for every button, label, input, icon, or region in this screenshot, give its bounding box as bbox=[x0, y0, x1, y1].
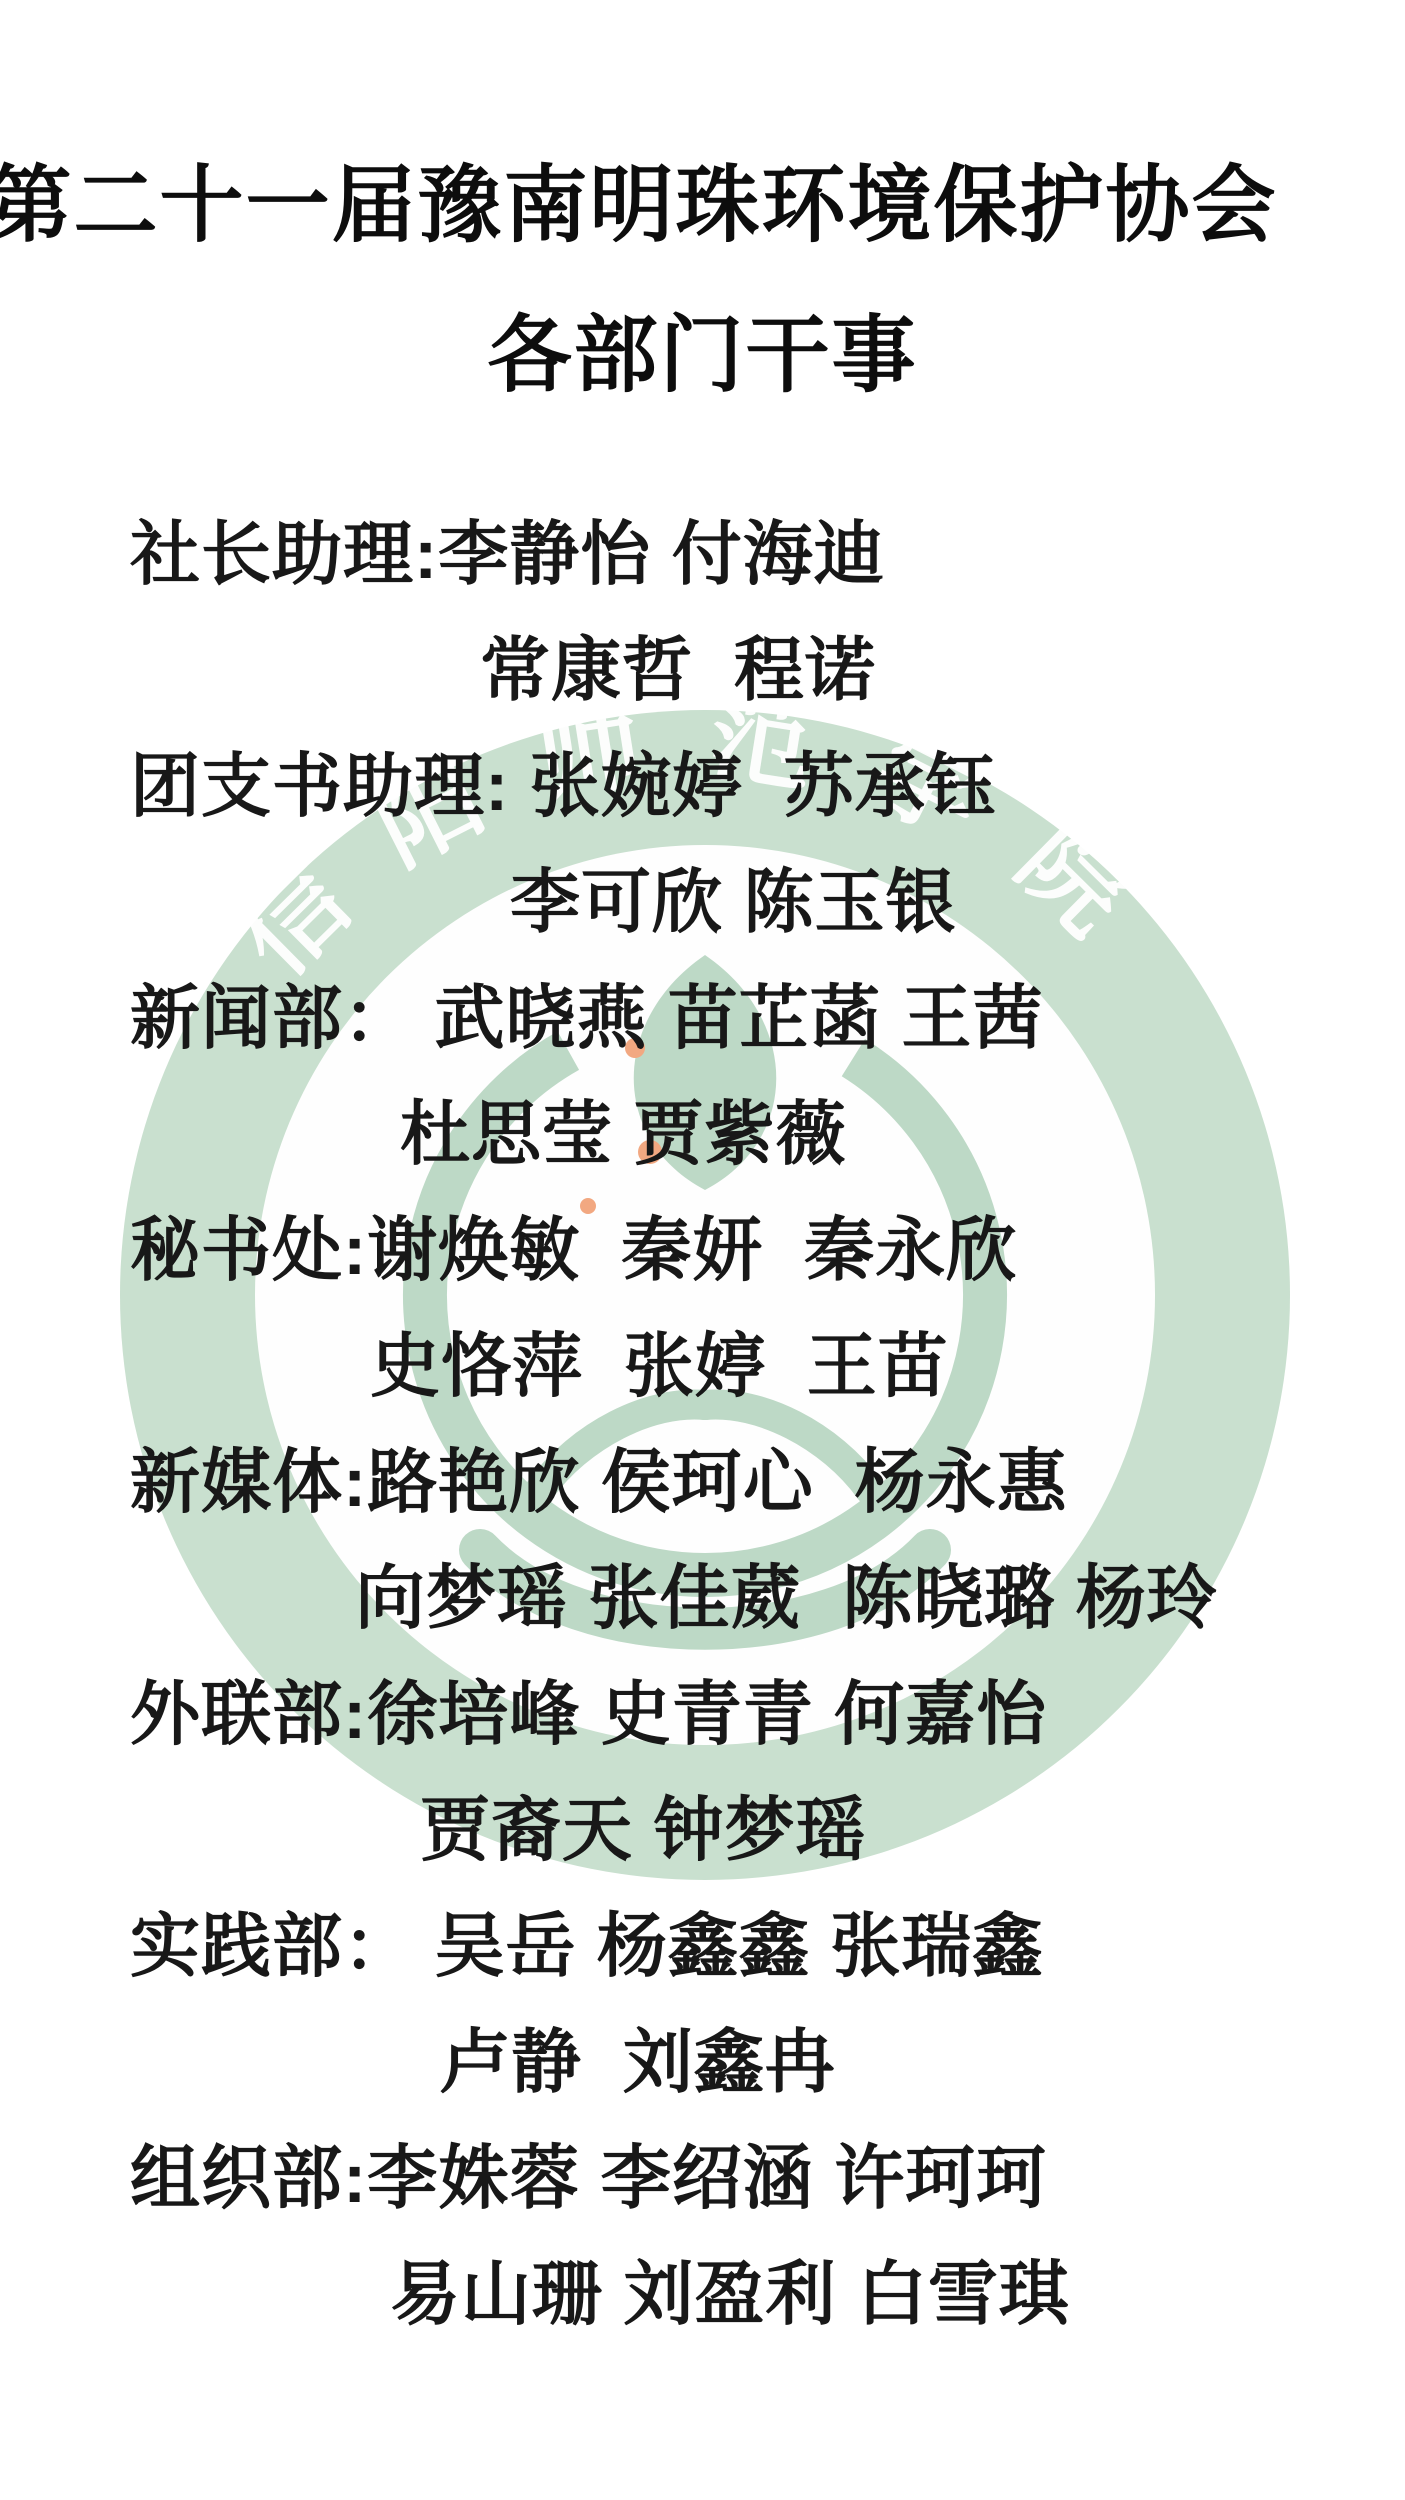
roster-line-continuation: 卢静 刘鑫冉 bbox=[440, 2006, 836, 2107]
roster-line-dept: 团支书助理: 张婉婷 苏承钰 bbox=[130, 730, 997, 831]
roster-line-dept: 秘书处:谢焕敏 秦妍 秦永欣 bbox=[130, 1194, 1017, 1295]
roster-line-continuation: 史恪萍 张婷 王苗 bbox=[370, 1310, 949, 1411]
roster-line-continuation: 杜思莹 贾紫薇 bbox=[400, 1078, 846, 1179]
page-title-line1: 第二十一届豫南明珠环境保护协会 bbox=[0, 138, 1335, 259]
roster-line-dept: 组织部:李姝蓉 李绍涵 许珂珂 bbox=[130, 2122, 1047, 2223]
roster-line-dept: 实践部： 吴岳 杨鑫鑫 张瑞鑫 bbox=[130, 1890, 1043, 1991]
roster-line-dept: 外联部:徐培峰 史青青 何嘉怡 bbox=[130, 1658, 1047, 1759]
roster-line-dept: 新闻部： 武晓燕 苗芷菡 王茜 bbox=[130, 962, 1043, 1063]
roster-line-continuation: 易山珊 刘盈利 白雪琪 bbox=[390, 2238, 1070, 2339]
roster-line-continuation: 常康哲 程诺 bbox=[480, 614, 876, 715]
roster-line-continuation: 李可欣 陈玉银 bbox=[510, 846, 956, 947]
page: 信阳师范学院 豫南明珠环境保护协会 第二十一届豫南明珠环境保护协会 各部门干事 … bbox=[0, 0, 1405, 2500]
roster-line-continuation: 向梦瑶 张佳葳 陈晓璐 杨玲 bbox=[355, 1542, 1218, 1643]
roster-document: 第二十一届豫南明珠环境保护协会 各部门干事 社长助理:李静怡 付海迪 常康哲 程… bbox=[0, 0, 1405, 2500]
roster-line-dept: 社长助理:李静怡 付海迪 bbox=[130, 498, 885, 599]
roster-line-continuation: 贾裔天 钟梦瑶 bbox=[420, 1774, 866, 1875]
roster-line-dept: 新媒体:路艳欣 侯珂心 杨永惠 bbox=[130, 1426, 1068, 1527]
page-title-line2: 各部门干事 bbox=[0, 288, 1405, 409]
